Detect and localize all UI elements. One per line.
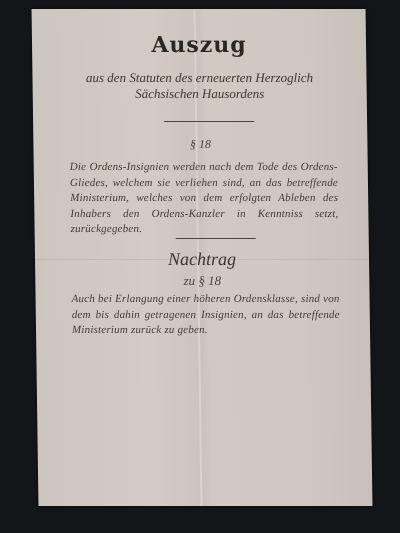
divider-rule <box>176 238 256 239</box>
section2-body-text: Auch bei Erlangung einer höheren Ordensk… <box>71 292 340 339</box>
subtitle-line-1: aus den Statuten des erneuerten Herzogli… <box>32 70 366 86</box>
section1-paragraph-number: § 18 <box>33 137 367 152</box>
divider-rule <box>164 121 254 122</box>
document-page: Auszug aus den Statuten des erneuerten H… <box>32 9 373 506</box>
section2-paragraph-number: zu § 18 <box>35 273 369 289</box>
document-title: Auszug <box>32 32 366 58</box>
section1-body-text: Die Ordens-Insignien werden nach dem Tod… <box>70 160 339 238</box>
subtitle-line-2: Sächsischen Hausordens <box>33 86 367 102</box>
section2-heading: Nachtrag <box>35 249 369 270</box>
